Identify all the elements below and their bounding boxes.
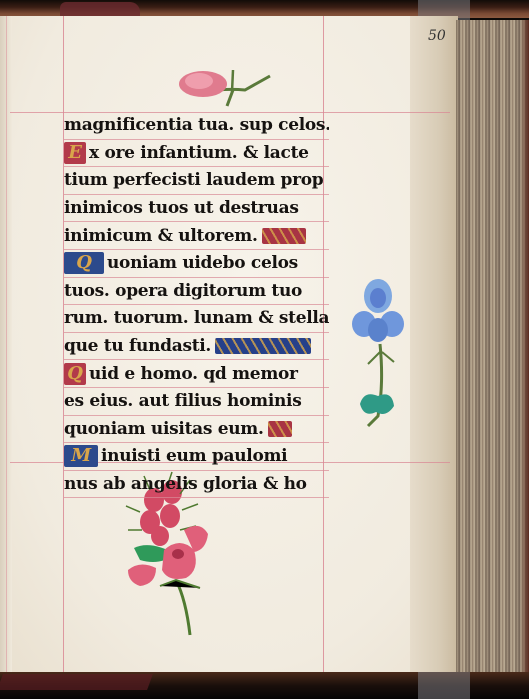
color-reference-tab-bottom xyxy=(418,672,470,699)
line-filler-ornament xyxy=(215,338,311,354)
text-line: tium perfecisti laudem prop xyxy=(64,167,329,195)
text-line: rum. tuorum. lunam & stella xyxy=(64,305,329,333)
illuminated-initial: M xyxy=(64,445,98,467)
line-text: rum. tuorum. lunam & stella xyxy=(64,305,329,331)
text-line: magnificentia tua. sup celos. xyxy=(64,112,329,140)
line-text: tuos. opera digitorum tuo xyxy=(64,278,302,304)
page-outer-margin xyxy=(410,16,458,672)
line-text: inimicum & ultorem. xyxy=(64,223,258,249)
ruling-prev-page xyxy=(6,16,7,672)
line-filler-ornament xyxy=(268,421,292,437)
illuminated-initial: E xyxy=(64,142,86,164)
line-filler-ornament xyxy=(262,228,306,244)
line-text: uoniam uidebo celos xyxy=(107,250,298,276)
text-line: Ex ore infantium. & lacte xyxy=(64,140,329,168)
line-text: inuisti eum paulomi xyxy=(101,443,287,469)
line-text: nus ab angelis gloria & ho xyxy=(64,471,307,497)
line-text: es eius. aut filius hominis xyxy=(64,388,301,414)
text-line: tuos. opera digitorum tuo xyxy=(64,278,329,306)
folio-number: 50 xyxy=(428,28,446,44)
line-text: quoniam uisitas eum. xyxy=(64,416,264,442)
text-line: es eius. aut filius hominis xyxy=(64,388,329,416)
line-text: x ore infantium. & lacte xyxy=(89,140,309,166)
pink-pea-flower-icon xyxy=(175,62,285,112)
line-text: magnificentia tua. sup celos. xyxy=(64,112,329,138)
illuminated-initial: Q xyxy=(64,252,104,274)
velvet-cover xyxy=(60,2,140,16)
text-line: inimicum & ultorem. xyxy=(64,222,329,250)
text-line: que tu fundasti. xyxy=(64,333,329,361)
fore-edge-shadow xyxy=(520,20,529,672)
text-block: magnificentia tua. sup celos. Ex ore inf… xyxy=(64,112,329,498)
text-line: Quoniam uidebo celos xyxy=(64,250,329,278)
velvet-ribbon xyxy=(0,674,153,690)
text-line: inimicos tuos ut destruas xyxy=(64,195,329,223)
line-text: que tu fundasti. xyxy=(64,333,211,359)
text-line: quoniam uisitas eum. xyxy=(64,416,329,444)
line-text: tium perfecisti laudem prop xyxy=(64,167,323,193)
text-line: nus ab angelis gloria & ho xyxy=(64,471,329,499)
blue-violet-flower-icon xyxy=(350,274,410,434)
book-fore-edge xyxy=(456,20,529,672)
text-line: Quid e homo. qd memor xyxy=(64,360,329,388)
illuminated-initial: Q xyxy=(64,363,86,385)
line-text: uid e homo. qd memor xyxy=(89,361,298,387)
text-line: Minuisti eum paulomi xyxy=(64,443,329,471)
line-text: inimicos tuos ut destruas xyxy=(64,195,299,221)
